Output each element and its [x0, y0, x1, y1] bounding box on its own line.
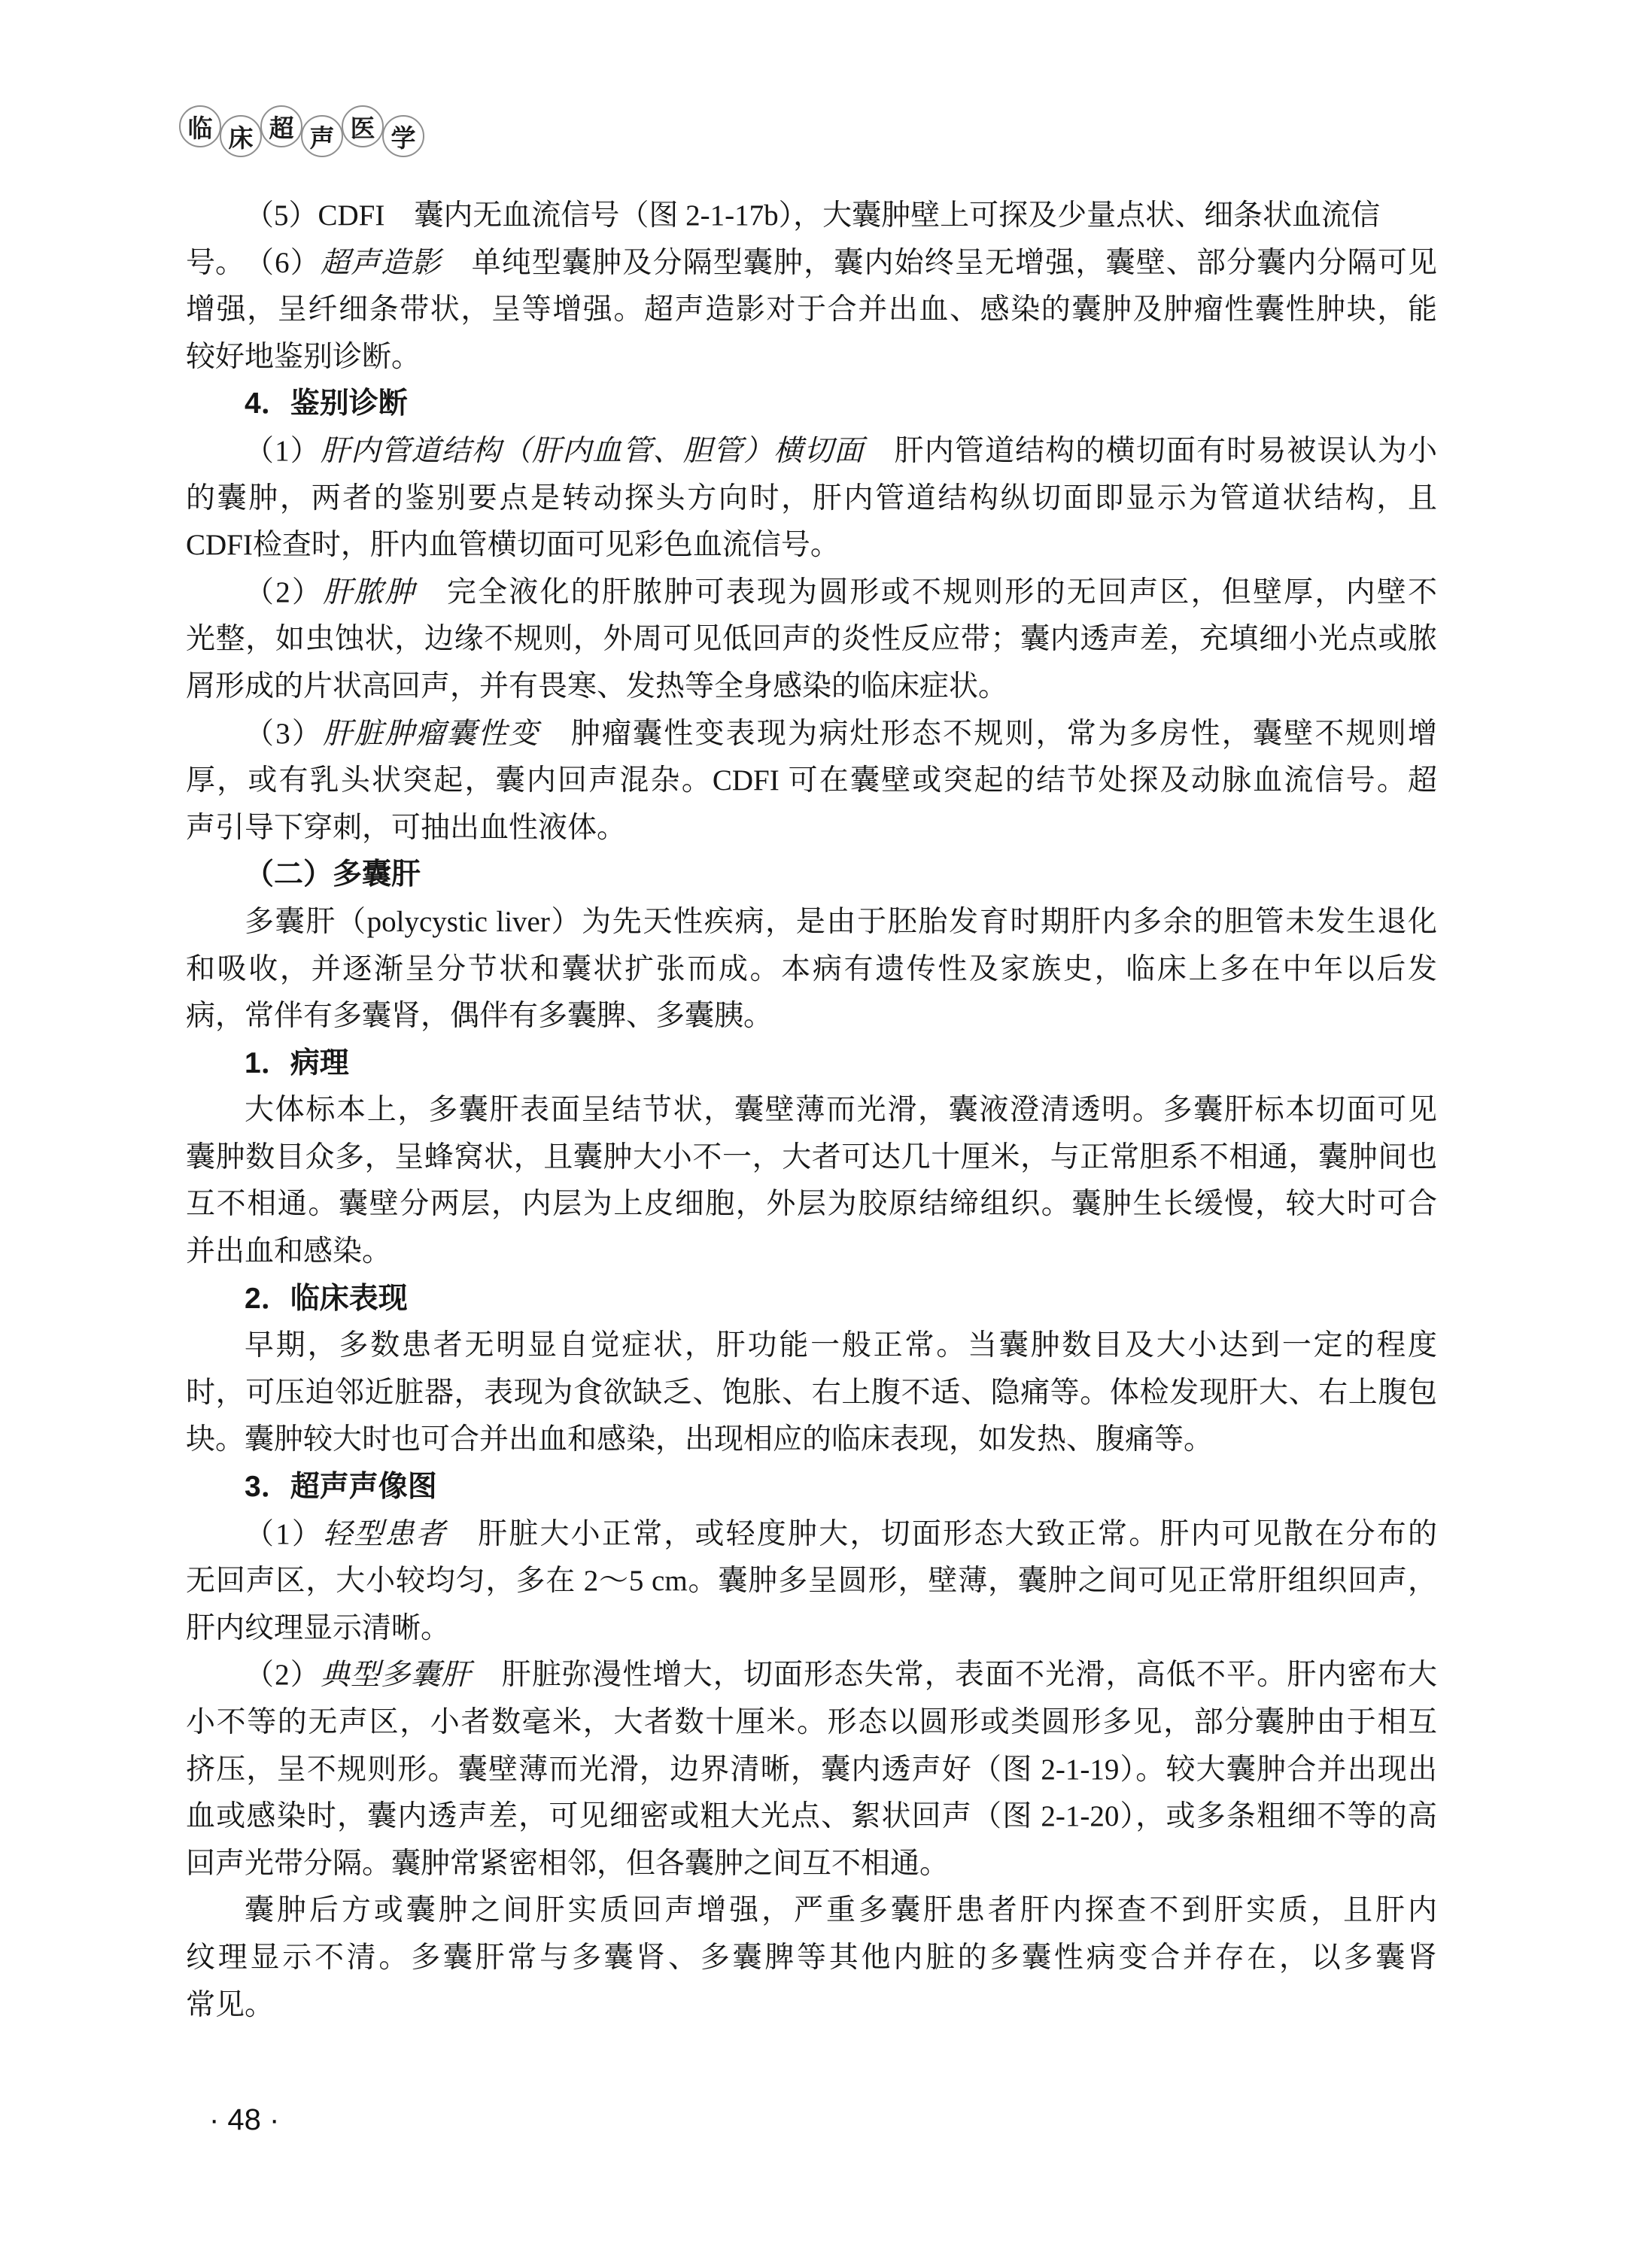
heading-line: 2．临床表现 — [186, 1276, 1437, 1323]
text-segment: （1） — [245, 1518, 323, 1550]
text-segment: 纹理显示不清。多囊肝常与多囊肾、多囊脾等其他内脏的多囊性病变合并存在，以多囊肾 — [186, 1942, 1437, 1974]
text-segment: 挤压，呈不规则形。囊壁薄而光滑，边界清晰，囊内透声好（图 2-1-19）。较大囊… — [186, 1753, 1437, 1786]
text-line: 的囊肿，两者的鉴别要点是转动探头方向时，肝内管道结构纵切面即显示为管道状结构，且 — [186, 475, 1437, 523]
text-segment: 囊肿后方或囊肿之间肝实质回声增强，严重多囊肝患者肝内探查不到肝实质，且肝内 — [245, 1894, 1437, 1926]
text-segment: 块。囊肿较大时也可合并出血和感染，出现相应的临床表现，如发热、腹痛等。 — [186, 1423, 1213, 1456]
text-segment: 小不等的无声区，小者数毫米，大者数十厘米。形态以圆形或类圆形多见，部分囊肿由于相… — [186, 1706, 1437, 1738]
text-line: （2）典型多囊肝 肝脏弥漫性增大，切面形态失常，表面不光滑，高低不平。肝内密布大 — [186, 1652, 1437, 1699]
text-segment: （2） — [245, 576, 323, 609]
text-segment: 完全液化的肝脓肿可表现为圆形或不规则形的无回声区，但壁厚，内壁不 — [416, 576, 1437, 609]
text-segment: 肝脏弥漫性增大，切面形态失常，表面不光滑，高低不平。肝内密布大 — [472, 1659, 1437, 1691]
text-line: 互不相通。囊壁分两层，内层为上皮细胞，外层为胶原结缔组织。囊肿生长缓慢，较大时可… — [186, 1181, 1437, 1228]
text-line: （1）轻型患者 肝脏大小正常，或轻度肿大，切面形态大致正常。肝内可见散在分布的 — [186, 1511, 1437, 1559]
text-segment: 互不相通。囊壁分两层，内层为上皮细胞，外层为胶原结缔组织。囊肿生长缓慢，较大时可… — [186, 1188, 1437, 1220]
text-segment: 厚，或有乳头状突起，囊内回声混杂。CDFI 可在囊壁或突起的结节处探及动脉血流信… — [186, 764, 1437, 797]
text-segment: 轻型患者 — [323, 1518, 447, 1550]
text-segment: （1） — [245, 435, 321, 467]
text-segment: CDFI检查时，肝内血管横切面可见彩色血流信号。 — [186, 529, 840, 561]
text-segment: 早期，多数患者无明显自觉症状，肝功能一般正常。当囊肿数目及大小达到一定的程度 — [245, 1329, 1437, 1362]
text-segment: 的囊肿，两者的鉴别要点是转动探头方向时，肝内管道结构纵切面即显示为管道状结构，且 — [186, 482, 1437, 515]
text-line: 增强，呈纤细条带状，呈等增强。超声造影对于合并出血、感染的囊肿及肿瘤性囊性肿块，… — [186, 287, 1437, 334]
text-line: 时，可压迫邻近脏器，表现为食欲缺乏、饱胀、右上腹不适、隐痛等。体检发现肝大、右上… — [186, 1370, 1437, 1417]
text-segment: 较好地鉴别诊断。 — [186, 341, 421, 373]
text-line: 较好地鉴别诊断。 — [186, 334, 1437, 381]
text-segment: 肿瘤囊性变表现为病灶形态不规则，常为多房性，囊壁不规则增 — [539, 718, 1437, 750]
text-line: （3）肝脏肿瘤囊性变 肿瘤囊性变表现为病灶形态不规则，常为多房性，囊壁不规则增 — [186, 711, 1437, 758]
text-line: （5）CDFI 囊内无血流信号（图 2-1-17b），大囊肿壁上可探及少量点状、… — [186, 193, 1437, 240]
text-line: 和吸收，并逐渐呈分节状和囊状扩张而成。本病有遗传性及家族史，临床上多在中年以后发 — [186, 946, 1437, 994]
text-segment: 1．病理 — [245, 1047, 349, 1079]
logo-char-circle: 学 — [382, 115, 424, 157]
text-line: 回声光带分隔。囊肿常紧密相邻，但各囊肿之间互不相通。 — [186, 1841, 1437, 1888]
text-segment: 3．超声声像图 — [245, 1471, 437, 1503]
text-segment: 肝内管道结构的横切面有时易被误认为小 — [864, 435, 1437, 467]
heading-line: 4．鉴别诊断 — [186, 381, 1437, 428]
text-segment: （二）多囊肝 — [245, 858, 421, 891]
text-segment: 肝脏大小正常，或轻度肿大，切面形态大致正常。肝内可见散在分布的 — [447, 1518, 1437, 1550]
logo-char-circle: 临 — [179, 105, 221, 147]
text-segment: 典型多囊肝 — [321, 1659, 472, 1691]
heading-line: （二）多囊肝 — [186, 852, 1437, 899]
text-segment: 肝内管道结构（肝内血管、胆管）横切面 — [321, 435, 865, 467]
text-line: 常见。 — [186, 1982, 1437, 2030]
text-segment: 大体标本上，多囊肝表面呈结节状，囊壁薄而光滑，囊液澄清透明。多囊肝标本切面可见 — [245, 1094, 1437, 1126]
text-segment: （2） — [245, 1659, 321, 1691]
text-segment: 增强，呈纤细条带状，呈等增强。超声造影对于合并出血、感染的囊肿及肿瘤性囊性肿块，… — [186, 293, 1437, 326]
text-segment: 无回声区，大小较均匀，多在 2～5 cm。囊肿多呈圆形，壁薄，囊肿之间可见正常肝… — [186, 1565, 1437, 1597]
text-segment: 单纯型囊肿及分隔型囊肿，囊内始终呈无增强，囊壁、部分囊内分隔可见 — [441, 247, 1436, 279]
page-number: · 48 · — [209, 2103, 279, 2137]
text-segment: 2．临床表现 — [245, 1283, 408, 1315]
text-line: 光整，如虫蚀状，边缘不规则，外周可见低回声的炎性反应带；囊内透声差，充填细小光点… — [186, 616, 1437, 663]
text-line: 块。囊肿较大时也可合并出血和感染，出现相应的临床表现，如发热、腹痛等。 — [186, 1416, 1437, 1464]
text-segment: 超声造影 — [321, 247, 442, 279]
text-segment: 回声光带分隔。囊肿常紧密相邻，但各囊肿之间互不相通。 — [186, 1847, 949, 1880]
heading-line: 1．病理 — [186, 1040, 1437, 1088]
text-segment: 多囊肝（polycystic liver）为先天性疾病，是由于胚胎发育时期肝内多… — [245, 906, 1437, 938]
text-line: 屑形成的片状高回声，并有畏寒、发热等全身感染的临床症状。 — [186, 663, 1437, 711]
logo-char-circle: 床 — [220, 115, 262, 157]
heading-line: 3．超声声像图 — [186, 1464, 1437, 1511]
book-logo: 临床超声医学 — [179, 104, 450, 164]
text-segment: 囊肿数目众多，呈蜂窝状，且囊肿大小不一，大者可达几十厘米，与正常胆系不相通，囊肿… — [186, 1141, 1437, 1173]
page-container: 临床超声医学 （5）CDFI 囊内无血流信号（图 2-1-17b），大囊肿壁上可… — [0, 0, 1629, 2268]
text-line: （1）肝内管道结构（肝内血管、胆管）横切面 肝内管道结构的横切面有时易被误认为小 — [186, 428, 1437, 475]
text-segment: 肝内纹理显示清晰。 — [186, 1612, 450, 1644]
text-segment: 血或感染时，囊内透声差，可见细密或粗大光点、絮状回声（图 2-1-20），或多条… — [186, 1800, 1437, 1832]
text-line: 无回声区，大小较均匀，多在 2～5 cm。囊肿多呈圆形，壁薄，囊肿之间可见正常肝… — [186, 1558, 1437, 1605]
text-segment: 屑形成的片状高回声，并有畏寒、发热等全身感染的临床症状。 — [186, 670, 1007, 703]
text-line: 肝内纹理显示清晰。 — [186, 1605, 1437, 1653]
text-segment: 肝脏肿瘤囊性变 — [323, 718, 539, 750]
text-segment: 常见。 — [186, 1989, 274, 2021]
text-line: 囊肿数目众多，呈蜂窝状，且囊肿大小不一，大者可达几十厘米，与正常胆系不相通，囊肿… — [186, 1134, 1437, 1182]
logo-char-circle: 超 — [260, 105, 302, 147]
text-line: 多囊肝（polycystic liver）为先天性疾病，是由于胚胎发育时期肝内多… — [186, 899, 1437, 946]
text-segment: 声引导下穿刺，可抽出血性液体。 — [186, 812, 626, 844]
text-segment: 时，可压迫邻近脏器，表现为食欲缺乏、饱胀、右上腹不适、隐痛等。体检发现肝大、右上… — [186, 1377, 1437, 1409]
text-segment: 并出血和感染。 — [186, 1235, 391, 1268]
text-segment: 光整，如虫蚀状，边缘不规则，外周可见低回声的炎性反应带；囊内透声差，充填细小光点… — [186, 623, 1437, 655]
text-line: CDFI检查时，肝内血管横切面可见彩色血流信号。 — [186, 522, 1437, 569]
text-segment: （3） — [245, 718, 323, 750]
text-line: 挤压，呈不规则形。囊壁薄而光滑，边界清晰，囊内透声好（图 2-1-19）。较大囊… — [186, 1747, 1437, 1794]
text-line: 小不等的无声区，小者数毫米，大者数十厘米。形态以圆形或类圆形多见，部分囊肿由于相… — [186, 1699, 1437, 1747]
text-line: （6）超声造影 单纯型囊肿及分隔型囊肿，囊内始终呈无增强，囊壁、部分囊内分隔可见 — [186, 240, 1437, 287]
text-line: 大体标本上，多囊肝表面呈结节状，囊壁薄而光滑，囊液澄清透明。多囊肝标本切面可见 — [186, 1087, 1437, 1134]
text-line: 并出血和感染。 — [186, 1228, 1437, 1276]
text-line: 囊肿后方或囊肿之间肝实质回声增强，严重多囊肝患者肝内探查不到肝实质，且肝内 — [186, 1887, 1437, 1935]
logo-char-circle: 声 — [301, 115, 343, 157]
text-segment: 肝脓肿 — [323, 576, 416, 609]
text-segment: （6） — [245, 247, 321, 279]
body-text: （5）CDFI 囊内无血流信号（图 2-1-17b），大囊肿壁上可探及少量点状、… — [186, 193, 1437, 2029]
text-line: （2）肝脓肿 完全液化的肝脓肿可表现为圆形或不规则形的无回声区，但壁厚，内壁不 — [186, 569, 1437, 617]
text-line: 声引导下穿刺，可抽出血性液体。 — [186, 805, 1437, 852]
text-line: 纹理显示不清。多囊肝常与多囊肾、多囊脾等其他内脏的多囊性病变合并存在，以多囊肾 — [186, 1935, 1437, 1982]
logo-char-circle: 医 — [342, 105, 384, 147]
text-segment: 4．鉴别诊断 — [245, 387, 408, 420]
text-segment: 病，常伴有多囊肾，偶伴有多囊脾、多囊胰。 — [186, 1000, 773, 1032]
text-line: 早期，多数患者无明显自觉症状，肝功能一般正常。当囊肿数目及大小达到一定的程度 — [186, 1322, 1437, 1370]
text-segment: 和吸收，并逐渐呈分节状和囊状扩张而成。本病有遗传性及家族史，临床上多在中年以后发 — [186, 953, 1437, 985]
text-line: 厚，或有乳头状突起，囊内回声混杂。CDFI 可在囊壁或突起的结节处探及动脉血流信… — [186, 758, 1437, 805]
text-line: 血或感染时，囊内透声差，可见细密或粗大光点、絮状回声（图 2-1-20），或多条… — [186, 1793, 1437, 1841]
text-line: 病，常伴有多囊肾，偶伴有多囊脾、多囊胰。 — [186, 993, 1437, 1040]
